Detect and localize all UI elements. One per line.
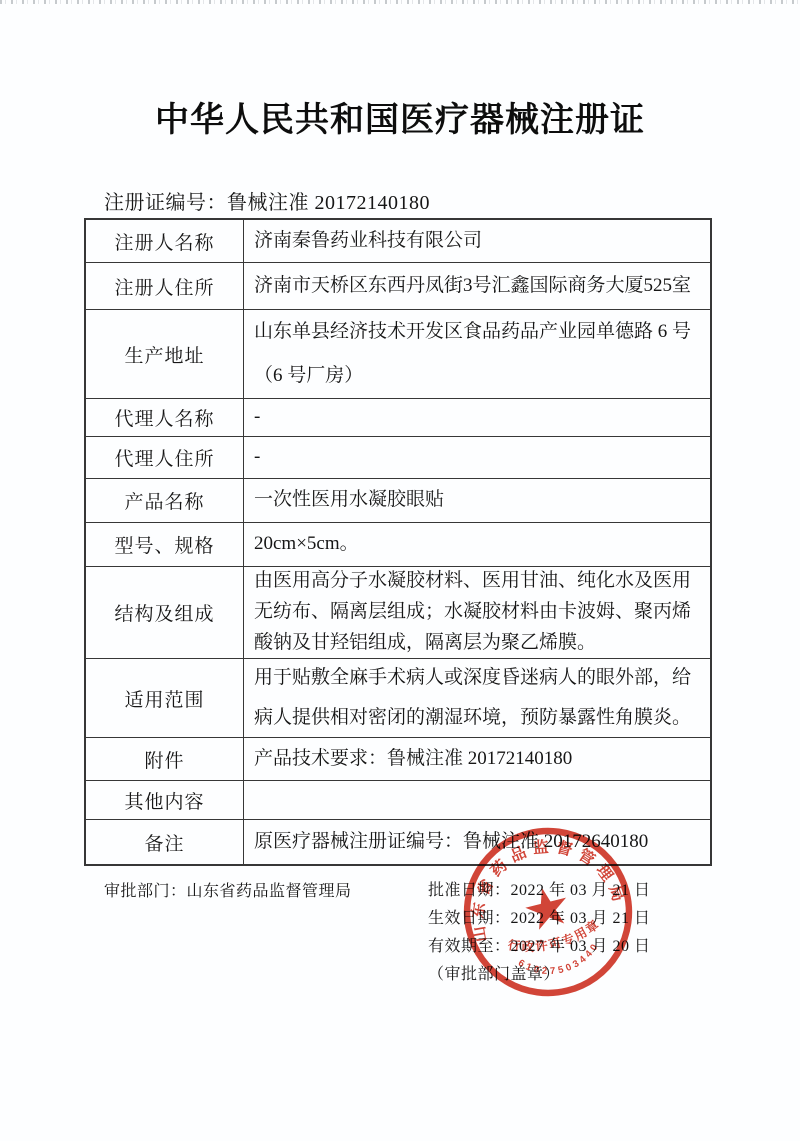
certificate-number-label: 注册证编号：: [104, 192, 227, 214]
effective-date: 生效日期：2022 年 03 月 21 日: [428, 905, 651, 933]
row-value: 20cm×5cm。: [244, 523, 710, 566]
row-label: 附件: [86, 738, 244, 780]
row-value: -: [244, 399, 710, 436]
row-value: 用于贴敷全麻手术病人或深度昏迷病人的眼外部，给病人提供相对密闭的潮湿环境，预防暴…: [244, 659, 710, 737]
row-label: 注册人住所: [86, 263, 244, 309]
table-row: 代理人名称 -: [86, 398, 710, 436]
row-label: 适用范围: [86, 659, 244, 737]
row-value: 一次性医用水凝胶眼贴: [244, 479, 710, 522]
row-label: 产品名称: [86, 479, 244, 522]
table-row: 备注 原医疗器械注册证编号：鲁械注准 20172640180: [86, 819, 710, 864]
table-row: 代理人住所 -: [86, 436, 710, 478]
table-row: 附件 产品技术要求：鲁械注准 20172140180: [86, 737, 710, 780]
row-label: 其他内容: [86, 781, 244, 819]
row-value: 济南秦鲁药业科技有限公司: [244, 220, 710, 262]
row-value: [244, 781, 710, 819]
certificate-table: 注册人名称 济南秦鲁药业科技有限公司 注册人住所 济南市天桥区东西丹凤街3号汇鑫…: [84, 218, 712, 866]
row-label: 代理人名称: [86, 399, 244, 436]
certificate-page: 中华人民共和国医疗器械注册证 注册证编号：鲁械注准 20172140180 注册…: [0, 0, 800, 1141]
table-row: 生产地址 山东单县经济技术开发区食品药品产业园单德路 6 号 （6 号厂房）: [86, 309, 710, 398]
certificate-number-line: 注册证编号：鲁械注准 20172140180: [104, 186, 430, 215]
row-value: -: [244, 437, 710, 478]
table-row: 其他内容: [86, 780, 710, 819]
row-label: 生产地址: [86, 310, 244, 398]
certificate-number-value: 鲁械注准 20172140180: [227, 192, 430, 214]
row-label: 备注: [86, 820, 244, 864]
approval-date: 批准日期：2022 年 03 月 21 日: [428, 877, 651, 905]
page-title: 中华人民共和国医疗器械注册证: [0, 92, 800, 141]
row-value: 原医疗器械注册证编号：鲁械注准 20172640180: [244, 820, 710, 864]
expiry-date: 有效期至：2027 年 03 月 20 日: [428, 933, 651, 961]
table-row: 适用范围 用于贴敷全麻手术病人或深度昏迷病人的眼外部，给病人提供相对密闭的潮湿环…: [86, 658, 710, 737]
table-row: 型号、规格 20cm×5cm。: [86, 522, 710, 566]
table-row: 注册人住所 济南市天桥区东西丹凤街3号汇鑫国际商务大厦525室: [86, 262, 710, 309]
approval-department: 审批部门：山东省药品监督管理局: [104, 878, 352, 901]
date-block: 批准日期：2022 年 03 月 21 日 生效日期：2022 年 03 月 2…: [428, 877, 651, 989]
row-label: 代理人住所: [86, 437, 244, 478]
table-row: 产品名称 一次性医用水凝胶眼贴: [86, 478, 710, 522]
row-label: 结构及组成: [86, 567, 244, 658]
row-label: 型号、规格: [86, 523, 244, 566]
row-value: 山东单县经济技术开发区食品药品产业园单德路 6 号 （6 号厂房）: [244, 310, 710, 398]
scan-noise-artifact: [0, 0, 800, 4]
row-value: 济南市天桥区东西丹凤街3号汇鑫国际商务大厦525室: [244, 263, 710, 309]
row-value: 产品技术要求：鲁械注准 20172140180: [244, 738, 710, 780]
seal-note: （审批部门盖章）: [428, 961, 651, 989]
table-row: 结构及组成 由医用高分子水凝胶材料、医用甘油、纯化水及医用无纺布、隔离层组成；水…: [86, 566, 710, 658]
row-value: 由医用高分子水凝胶材料、医用甘油、纯化水及医用无纺布、隔离层组成；水凝胶材料由卡…: [244, 567, 710, 658]
table-row: 注册人名称 济南秦鲁药业科技有限公司: [86, 220, 710, 262]
row-label: 注册人名称: [86, 220, 244, 262]
